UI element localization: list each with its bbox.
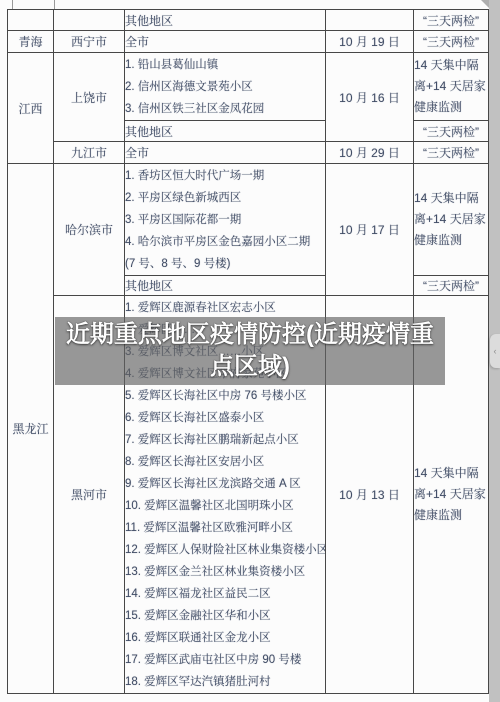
area-cell: 其他地区	[125, 121, 326, 142]
province-cell: 青海	[8, 31, 54, 53]
area-line: 5. 爱辉区长海社区中房 76 号楼小区	[125, 385, 325, 407]
city-cell: 九江市	[54, 142, 125, 164]
area-line: 16. 爱辉区联通社区金龙小区	[125, 627, 325, 649]
measure-cell: “三天两检”	[414, 31, 489, 53]
area-cell: 其他地区	[125, 276, 326, 296]
table-row: 青海 西宁市 全市 10 月 19 日 “三天两检”	[8, 31, 489, 53]
area-cell: 1. 香坊区恒大时代广场一期2. 平房区绿色新城西区3. 平房区国际花都一期4.…	[125, 164, 326, 276]
table-row: 其他地区 “三天两检”	[8, 10, 489, 31]
date-cell: 10 月 17 日	[326, 164, 414, 296]
date-cell: 10 月 29 日	[326, 142, 414, 164]
area-line: 4. 哈尔滨市平房区金色嘉园小区二期	[125, 231, 325, 253]
area-line: 18. 爱辉区罕达汽镇猪肚河村	[125, 671, 325, 693]
measure-cell: “三天两检”	[414, 276, 489, 296]
city-cell-empty	[54, 10, 125, 31]
measure-cell: “三天两检”	[414, 10, 489, 31]
measure-cell: 14 天集中隔离+14 天居家健康监测	[414, 53, 489, 121]
area-line: 1. 铅山县葛仙山镇	[125, 54, 325, 76]
date-cell-empty	[326, 10, 414, 31]
province-cell-empty	[8, 10, 54, 31]
area-line: (7 号、8 号、9 号楼)	[125, 253, 325, 275]
area-line: 14. 爱辉区福龙社区益民二区	[125, 583, 325, 605]
area-cell: 其他地区	[125, 10, 326, 31]
area-line: 8. 爱辉区长海社区安居小区	[125, 451, 325, 473]
area-cell: 1. 铅山县葛仙山镇2. 信州区海德文景苑小区3. 信州区铁三社区金凤花园	[125, 53, 326, 121]
area-line: 2. 平房区绿色新城西区	[125, 187, 325, 209]
area-line: 6. 爱辉区长海社区盛泰小区	[125, 407, 325, 429]
area-line: 13. 爱辉区金兰社区林业集资楼小区	[125, 561, 325, 583]
measure-cell: “三天两检”	[414, 121, 489, 142]
side-collapse-handle[interactable]: ‹	[490, 334, 500, 368]
area-line: 3. 平房区国际花都一期	[125, 209, 325, 231]
watermark-title: 近期重点地区疫情防控(近期疫情重点区域)	[55, 319, 445, 383]
area-line: 3. 信州区铁三社区金凤花园	[125, 98, 325, 120]
area-line: 15. 爱辉区金融社区华和小区	[125, 605, 325, 627]
area-line: 17. 爱辉区武庙屯社区中房 90 号楼	[125, 649, 325, 671]
table-row: 黑龙江 哈尔滨市 1. 香坊区恒大时代广场一期2. 平房区绿色新城西区3. 平房…	[8, 164, 489, 276]
page-corner-artifact	[481, 0, 489, 8]
chevron-left-icon: ‹	[494, 347, 497, 356]
date-cell: 10 月 16 日	[326, 53, 414, 142]
table-row: 江西 上饶市 1. 铅山县葛仙山镇2. 信州区海德文景苑小区3. 信州区铁三社区…	[8, 53, 489, 121]
watermark-banner: 近期重点地区疫情防控(近期疫情重点区域)	[55, 317, 445, 385]
city-cell: 西宁市	[54, 31, 125, 53]
area-line: 10. 爱辉区温馨社区北国明珠小区	[125, 495, 325, 517]
city-cell: 上饶市	[54, 53, 125, 142]
area-line: 9. 爱辉区长海社区龙滨路交通 A 区	[125, 473, 325, 495]
measure-cell: “三天两检”	[414, 142, 489, 164]
area-line: 11. 爱辉区温馨社区欧雅河畔小区	[125, 517, 325, 539]
page: 其他地区 “三天两检” 青海 西宁市 全市 10 月 19 日 “三天两检” 江…	[0, 0, 500, 702]
area-line: 2. 信州区海德文景苑小区	[125, 76, 325, 98]
province-cell: 江西	[8, 53, 54, 164]
area-cell: 全市	[125, 142, 326, 164]
area-line: 1. 爱辉区鹿源春社区宏志小区	[125, 297, 325, 319]
area-line: 7. 爱辉区长海社区鹏瑞新起点小区	[125, 429, 325, 451]
area-line: 12. 爱辉区人保财险社区林业集资楼小区	[125, 539, 325, 561]
area-line: 1. 香坊区恒大时代广场一期	[125, 165, 325, 187]
measure-cell: 14 天集中隔离+14 天居家健康监测	[414, 164, 489, 276]
province-cell: 黑龙江	[8, 164, 54, 694]
city-cell: 哈尔滨市	[54, 164, 125, 296]
date-cell: 10 月 19 日	[326, 31, 414, 53]
area-cell: 全市	[125, 31, 326, 53]
table-row: 九江市 全市 10 月 29 日 “三天两检”	[8, 142, 489, 164]
